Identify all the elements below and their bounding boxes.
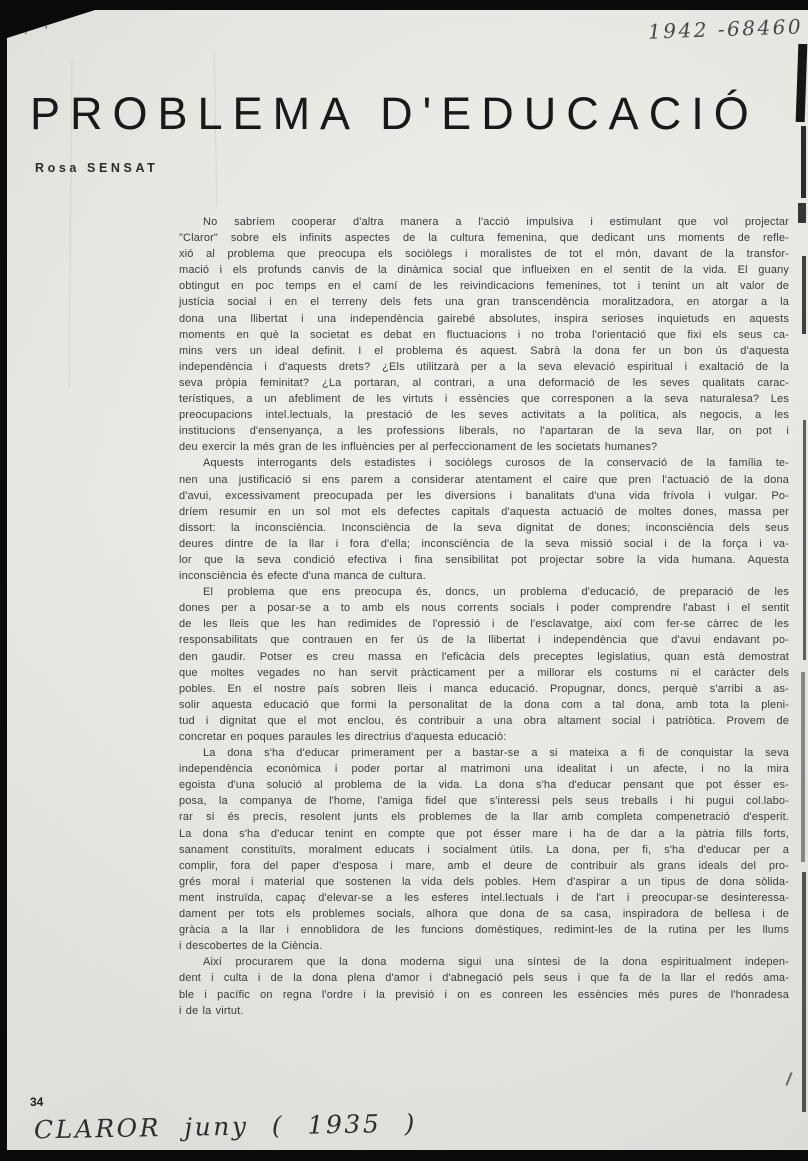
- text-line: mins vers un ideal definit. I el problem…: [179, 343, 789, 359]
- text-line: dríem resumir en un sol mot els defectes…: [179, 504, 789, 520]
- text-line: rar si és precís, resolent junts els pro…: [179, 809, 789, 825]
- text-line: independència econòmica i poder portar a…: [179, 761, 789, 777]
- text-line: La dona s'ha d'educar primerament per a …: [179, 745, 789, 761]
- text-line: preocupacions intel.lectuals, la prestac…: [179, 407, 789, 423]
- scan-edge-artifact: [801, 672, 805, 862]
- text-line: dissort: la inconsciència. Inconsciència…: [179, 520, 789, 536]
- scan-edge-artifact: [802, 256, 806, 334]
- page-title: PROBLEMA D'EDUCACIÓ: [30, 88, 759, 140]
- text-line: grés moral i material que sostenen la vi…: [179, 874, 789, 890]
- text-line: mació i els profunds canvis de la dinàmi…: [179, 262, 789, 278]
- text-line: Aquests interrogants dels estadistes i s…: [179, 455, 789, 471]
- text-line: "Claror" sobre els infinits aspectes de …: [179, 230, 789, 246]
- text-line: d'avui, excessivament preocupada per les…: [179, 488, 789, 504]
- text-line: dones per a posar-se a to amb els nous c…: [179, 600, 789, 616]
- text-line: moments en què la societat es debat en f…: [179, 327, 789, 343]
- text-line: lor que la seva condició efectiva i fina…: [179, 552, 789, 568]
- text-line: dona una llibertat i una independència g…: [179, 311, 789, 327]
- paragraph: Així procurarem que la dona moderna sigu…: [179, 954, 789, 1018]
- text-line: posa, la companya de l'home, l'amiga fid…: [179, 793, 789, 809]
- scan-edge-artifact: [801, 126, 806, 198]
- text-line: terístiques, a un afebliment de les virt…: [179, 391, 789, 407]
- text-line: de les lleis que les han redimides de l'…: [179, 616, 789, 632]
- text-line: deu exercir la més gran de les influènci…: [179, 439, 789, 455]
- text-line: responsabilitats que contrauen en fer ús…: [179, 632, 789, 648]
- page-number: 34: [30, 1095, 43, 1109]
- text-line: nen una justificació si ens parem a cons…: [179, 472, 789, 488]
- author-name: Rosa SENSAT: [35, 161, 158, 175]
- text-line: dament per tots els problemes socials, a…: [179, 906, 789, 922]
- text-line: ble i pacífic on regna l'ordre i la prev…: [179, 987, 789, 1003]
- paragraph: El problema que ens preocupa és, doncs, …: [179, 584, 789, 745]
- text-line: concretar en poques paraules les directr…: [179, 729, 789, 745]
- scan-edge-artifact: [803, 420, 806, 660]
- text-line: dent i culta i de la dona plena d'amor i…: [179, 970, 789, 986]
- pen-mark: .: [24, 22, 28, 37]
- text-line: sanament constituïts, moralment educats …: [179, 842, 789, 858]
- text-line: seva pròpia feminitat? ¿La portaran, al …: [179, 375, 789, 391]
- text-line: inconsciència és efecte d'una manca de c…: [179, 568, 789, 584]
- paragraph: Aquests interrogants dels estadistes i s…: [179, 455, 789, 584]
- text-line: egoista d'una solució al problema de la …: [179, 777, 789, 793]
- text-line: No sabríem cooperar d'altra manera a l'a…: [179, 214, 789, 230]
- text-line: ment instruïda, capaç d'elevar-se a les …: [179, 890, 789, 906]
- text-line: i de la virtut.: [179, 1003, 789, 1019]
- text-line: gràcia a la llar i ennoblidora de les fu…: [179, 922, 789, 938]
- text-line: independència i d'aquests drets? ¿Els ut…: [179, 359, 789, 375]
- text-line: solir aquesta educació que formi la pers…: [179, 697, 789, 713]
- scanned-page: . ’ 1942 -68460 PROBLEMA D'EDUCACIÓ Rosa…: [0, 0, 808, 1161]
- text-line: institucions d'ensenyança, a les profess…: [179, 423, 789, 439]
- text-line: complir, fora del paper d'esposa i mare,…: [179, 858, 789, 874]
- article-body: No sabríem cooperar d'altra manera a l'a…: [179, 214, 789, 1019]
- text-line: Així procurarem que la dona moderna sigu…: [179, 954, 789, 970]
- text-line: El problema que ens preocupa és, doncs, …: [179, 584, 789, 600]
- text-line: i descobertes de la Ciència.: [179, 938, 789, 954]
- text-line: pobles. En el nostre país sobren lleis i…: [179, 681, 789, 697]
- text-line: tud i dignitat que el mot enclou, és con…: [179, 713, 789, 729]
- text-line: deures dintre de la llar i fora d'ella; …: [179, 536, 789, 552]
- text-line: den gaudir. Potser es creu massa en l'ef…: [179, 649, 789, 665]
- text-line: La dona s'ha d'educar tenint en compte q…: [179, 826, 789, 842]
- paragraph: La dona s'ha d'educar primerament per a …: [179, 745, 789, 954]
- scan-edge-artifact: [802, 872, 806, 1112]
- text-line: justícia social i en el terreny dels fet…: [179, 294, 789, 310]
- paragraph: No sabríem cooperar d'altra manera a l'a…: [179, 214, 789, 455]
- scan-edge-artifact: [798, 203, 806, 223]
- text-line: obtingut en poc temps en el camí de les …: [179, 278, 789, 294]
- text-line: que moltes vegades no han servit pràctic…: [179, 665, 789, 681]
- text-line: xió al problema que preocupa els sociòle…: [179, 246, 789, 262]
